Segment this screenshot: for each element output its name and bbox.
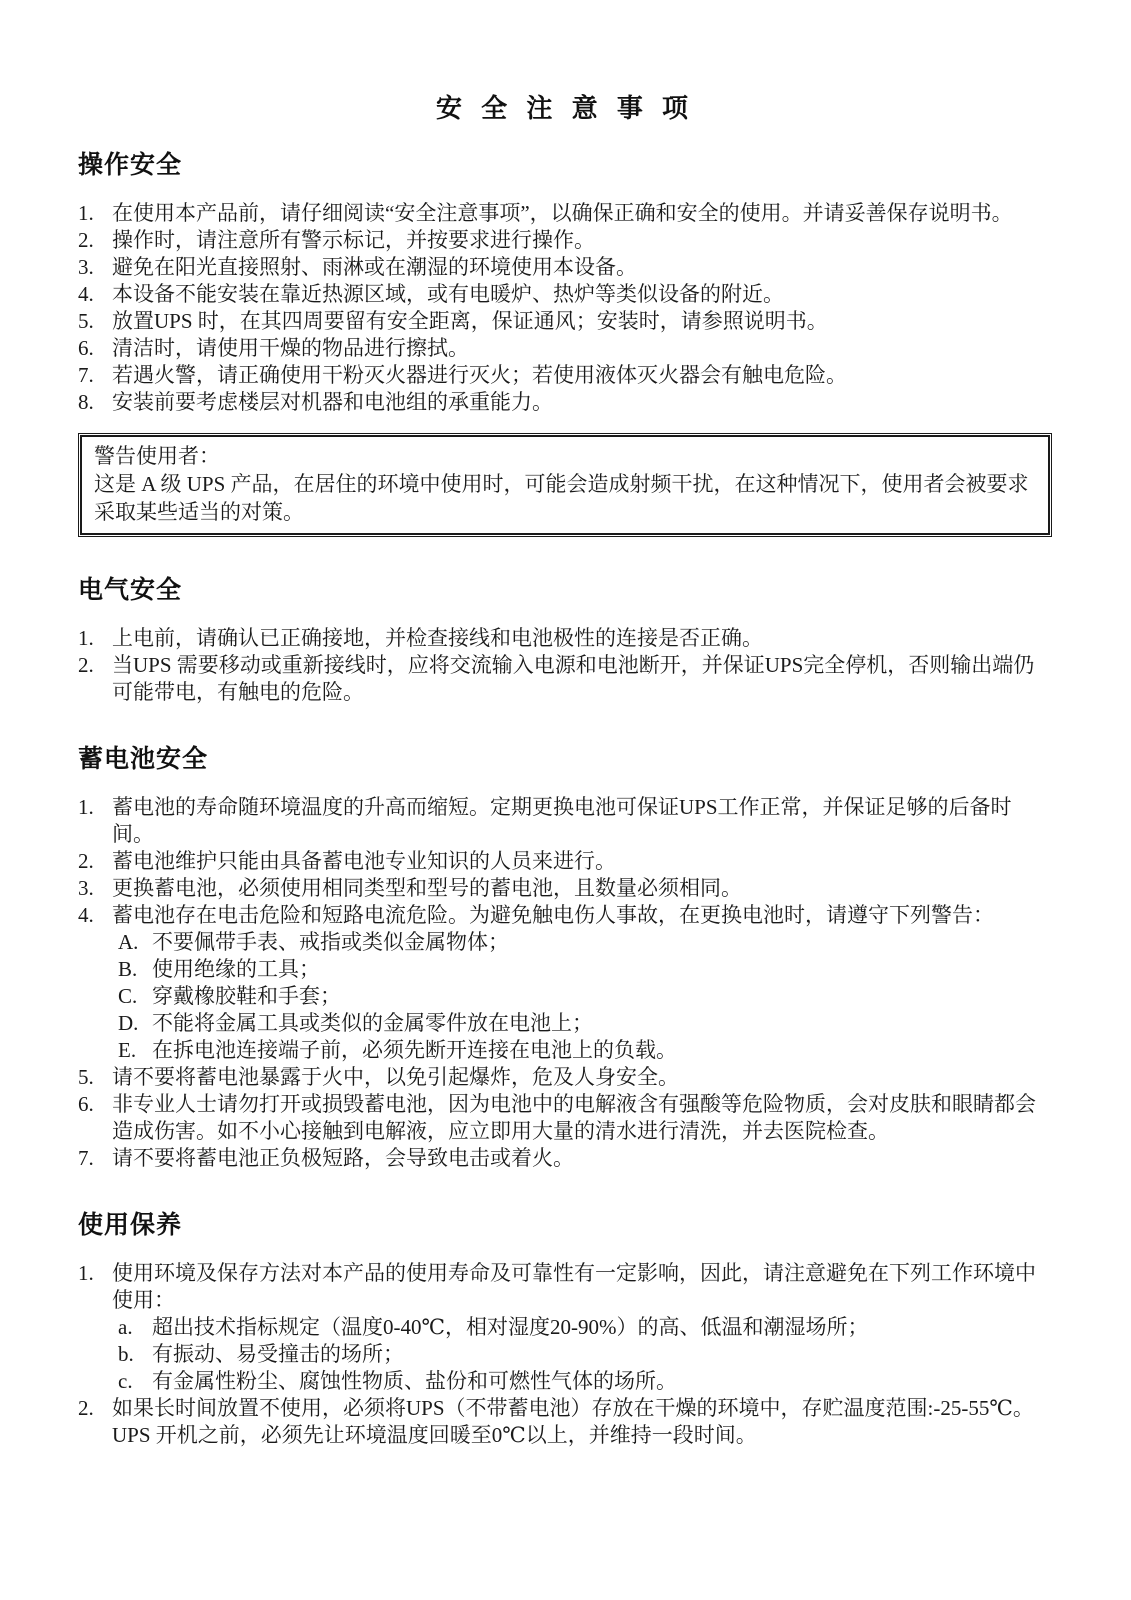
- item-text: 使用环境及保存方法对本产品的使用寿命及可靠性有一定影响，因此，请注意避免在下列工…: [112, 1260, 1052, 1314]
- list-item: 5. 请不要将蓄电池暴露于火中，以免引起爆炸，危及人身安全。: [78, 1064, 1052, 1091]
- list-item: 1. 上电前，请确认已正确接地，并检查接线和电池极性的连接是否正确。: [78, 625, 1052, 652]
- item-text: 清洁时，请使用干燥的物品进行擦拭。: [112, 335, 1052, 362]
- item-number: D.: [118, 1010, 152, 1037]
- item-text: 安装前要考虑楼层对机器和电池组的承重能力。: [112, 389, 1052, 416]
- item-text: 穿戴橡胶鞋和手套；: [152, 983, 1052, 1010]
- item-number: 7.: [78, 1145, 112, 1172]
- list-item: 6. 非专业人士请勿打开或损毁蓄电池，因为电池中的电解液含有强酸等危险物质，会对…: [78, 1091, 1052, 1145]
- item-text: 放置UPS 时，在其四周要留有安全距离，保证通风；安装时，请参照说明书。: [112, 308, 1052, 335]
- list-item: 7. 请不要将蓄电池正负极短路，会导致电击或着火。: [78, 1145, 1052, 1172]
- list-item: 4. 本设备不能安装在靠近热源区域，或有电暖炉、热炉等类似设备的附近。: [78, 281, 1052, 308]
- item-number: 5.: [78, 1064, 112, 1091]
- list-item: 2. 操作时，请注意所有警示标记，并按要求进行操作。: [78, 227, 1052, 254]
- item-text: 使用绝缘的工具；: [152, 956, 1052, 983]
- item-number: 1.: [78, 625, 112, 652]
- item-text: 上电前，请确认已正确接地，并检查接线和电池极性的连接是否正确。: [112, 625, 1052, 652]
- item-number: 8.: [78, 389, 112, 416]
- section-electrical-safety: 电气安全 1. 上电前，请确认已正确接地，并检查接线和电池极性的连接是否正确。 …: [78, 575, 1052, 706]
- item-number: 4.: [78, 281, 112, 308]
- section-heading-operation-safety: 操作安全: [78, 150, 1052, 180]
- list-item: 5. 放置UPS 时，在其四周要留有安全距离，保证通风；安装时，请参照说明书。: [78, 308, 1052, 335]
- item-text: 当UPS 需要移动或重新接线时，应将交流输入电源和电池断开，并保证UPS完全停机…: [112, 652, 1052, 706]
- page-title: 安 全 注 意 事 项: [78, 92, 1052, 124]
- item-text: 若遇火警，请正确使用干粉灭火器进行灭火；若使用液体灭火器会有触电危险。: [112, 362, 1052, 389]
- item-text: 在拆电池连接端子前，必须先断开连接在电池上的负载。: [152, 1037, 1052, 1064]
- list-item: 1. 在使用本产品前，请仔细阅读“安全注意事项”，以确保正确和安全的使用。并请妥…: [78, 200, 1052, 227]
- sub-list-item: b. 有振动、易受撞击的场所；: [118, 1341, 1052, 1368]
- item-text: 非专业人士请勿打开或损毁蓄电池，因为电池中的电解液含有强酸等危险物质，会对皮肤和…: [112, 1091, 1052, 1145]
- document-page: 安 全 注 意 事 项 操作安全 1. 在使用本产品前，请仔细阅读“安全注意事项…: [0, 0, 1131, 1600]
- item-text: 本设备不能安装在靠近热源区域，或有电暖炉、热炉等类似设备的附近。: [112, 281, 1052, 308]
- item-number: A.: [118, 929, 152, 956]
- item-number: 3.: [78, 254, 112, 281]
- item-number: B.: [118, 956, 152, 983]
- item-text: 蓄电池的寿命随环境温度的升高而缩短。定期更换电池可保证UPS工作正常，并保证足够…: [112, 794, 1052, 848]
- item-number: 5.: [78, 308, 112, 335]
- item-number: 1.: [78, 200, 112, 227]
- sub-list-item: a. 超出技术指标规定（温度0-40℃，相对湿度20-90%）的高、低温和潮湿场…: [118, 1314, 1052, 1341]
- list-item: 1. 蓄电池的寿命随环境温度的升高而缩短。定期更换电池可保证UPS工作正常，并保…: [78, 794, 1052, 848]
- item-number: 6.: [78, 1091, 112, 1118]
- item-text: 更换蓄电池，必须使用相同类型和型号的蓄电池，且数量必须相同。: [112, 875, 1052, 902]
- sub-list-item: B. 使用绝缘的工具；: [118, 956, 1052, 983]
- item-number: a.: [118, 1314, 152, 1341]
- item-text: 请不要将蓄电池暴露于火中，以免引起爆炸，危及人身安全。: [112, 1064, 1052, 1091]
- list-item: 1. 使用环境及保存方法对本产品的使用寿命及可靠性有一定影响，因此，请注意避免在…: [78, 1260, 1052, 1314]
- item-text: 如果长时间放置不使用，必须将UPS（不带蓄电池）存放在干燥的环境中，存贮温度范围…: [112, 1395, 1052, 1449]
- item-text: 请不要将蓄电池正负极短路，会导致电击或着火。: [112, 1145, 1052, 1172]
- item-number: 3.: [78, 875, 112, 902]
- warning-body: 这是 A 级 UPS 产品，在居住的环境中使用时，可能会造成射频干扰，在这种情况…: [94, 470, 1036, 526]
- sub-list-item: D. 不能将金属工具或类似的金属零件放在电池上；: [118, 1010, 1052, 1037]
- item-text: 不要佩带手表、戒指或类似金属物体；: [152, 929, 1052, 956]
- sub-list-item: c. 有金属性粉尘、腐蚀性物质、盐份和可燃性气体的场所。: [118, 1368, 1052, 1395]
- list-item: 4. 蓄电池存在电击危险和短路电流危险。为避免触电伤人事故，在更换电池时，请遵守…: [78, 902, 1052, 929]
- item-text: 有振动、易受撞击的场所；: [152, 1341, 1052, 1368]
- operation-safety-list: 1. 在使用本产品前，请仔细阅读“安全注意事项”，以确保正确和安全的使用。并请妥…: [78, 200, 1052, 416]
- list-item: 3. 更换蓄电池，必须使用相同类型和型号的蓄电池，且数量必须相同。: [78, 875, 1052, 902]
- warning-box: 警告使用者： 这是 A 级 UPS 产品，在居住的环境中使用时，可能会造成射频干…: [78, 433, 1052, 537]
- list-item: 2. 当UPS 需要移动或重新接线时，应将交流输入电源和电池断开，并保证UPS完…: [78, 652, 1052, 706]
- list-item: 7. 若遇火警，请正确使用干粉灭火器进行灭火；若使用液体灭火器会有触电危险。: [78, 362, 1052, 389]
- item-number: E.: [118, 1037, 152, 1064]
- item-text: 不能将金属工具或类似的金属零件放在电池上；: [152, 1010, 1052, 1037]
- section-usage-maintenance: 使用保养 1. 使用环境及保存方法对本产品的使用寿命及可靠性有一定影响，因此，请…: [78, 1210, 1052, 1449]
- item-number: C.: [118, 983, 152, 1010]
- item-number: 2.: [78, 848, 112, 875]
- item-text: 超出技术指标规定（温度0-40℃，相对湿度20-90%）的高、低温和潮湿场所；: [152, 1314, 1052, 1341]
- warning-title: 警告使用者：: [94, 442, 1036, 470]
- item-text: 蓄电池存在电击危险和短路电流危险。为避免触电伤人事故，在更换电池时，请遵守下列警…: [112, 902, 1052, 929]
- list-item: 6. 清洁时，请使用干燥的物品进行擦拭。: [78, 335, 1052, 362]
- item-text: 蓄电池维护只能由具备蓄电池专业知识的人员来进行。: [112, 848, 1052, 875]
- item-number: 2.: [78, 652, 112, 679]
- section-battery-safety: 蓄电池安全 1. 蓄电池的寿命随环境温度的升高而缩短。定期更换电池可保证UPS工…: [78, 744, 1052, 1172]
- item-text: 避免在阳光直接照射、雨淋或在潮湿的环境使用本设备。: [112, 254, 1052, 281]
- usage-maintenance-list: 1. 使用环境及保存方法对本产品的使用寿命及可靠性有一定影响，因此，请注意避免在…: [78, 1260, 1052, 1449]
- section-heading-battery-safety: 蓄电池安全: [78, 744, 1052, 774]
- item-number: 7.: [78, 362, 112, 389]
- list-item: 3. 避免在阳光直接照射、雨淋或在潮湿的环境使用本设备。: [78, 254, 1052, 281]
- warning-box-inner: 警告使用者： 这是 A 级 UPS 产品，在居住的环境中使用时，可能会造成射频干…: [80, 435, 1050, 535]
- item-number: c.: [118, 1368, 152, 1395]
- sub-list-item: A. 不要佩带手表、戒指或类似金属物体；: [118, 929, 1052, 956]
- item-number: 4.: [78, 902, 112, 929]
- item-text: 在使用本产品前，请仔细阅读“安全注意事项”，以确保正确和安全的使用。并请妥善保存…: [112, 200, 1052, 227]
- list-item: 2. 如果长时间放置不使用，必须将UPS（不带蓄电池）存放在干燥的环境中，存贮温…: [78, 1395, 1052, 1449]
- item-number: 6.: [78, 335, 112, 362]
- item-number: 2.: [78, 1395, 112, 1422]
- section-heading-electrical-safety: 电气安全: [78, 575, 1052, 605]
- item-number: b.: [118, 1341, 152, 1368]
- sub-list-item: C. 穿戴橡胶鞋和手套；: [118, 983, 1052, 1010]
- item-number: 1.: [78, 1260, 112, 1287]
- section-heading-usage-maintenance: 使用保养: [78, 1210, 1052, 1240]
- list-item: 8. 安装前要考虑楼层对机器和电池组的承重能力。: [78, 389, 1052, 416]
- item-number: 1.: [78, 794, 112, 821]
- item-number: 2.: [78, 227, 112, 254]
- battery-safety-list: 1. 蓄电池的寿命随环境温度的升高而缩短。定期更换电池可保证UPS工作正常，并保…: [78, 794, 1052, 1172]
- list-item: 2. 蓄电池维护只能由具备蓄电池专业知识的人员来进行。: [78, 848, 1052, 875]
- section-operation-safety: 操作安全 1. 在使用本产品前，请仔细阅读“安全注意事项”，以确保正确和安全的使…: [78, 150, 1052, 416]
- sub-list-item: E. 在拆电池连接端子前，必须先断开连接在电池上的负载。: [118, 1037, 1052, 1064]
- electrical-safety-list: 1. 上电前，请确认已正确接地，并检查接线和电池极性的连接是否正确。 2. 当U…: [78, 625, 1052, 706]
- item-text: 操作时，请注意所有警示标记，并按要求进行操作。: [112, 227, 1052, 254]
- item-text: 有金属性粉尘、腐蚀性物质、盐份和可燃性气体的场所。: [152, 1368, 1052, 1395]
